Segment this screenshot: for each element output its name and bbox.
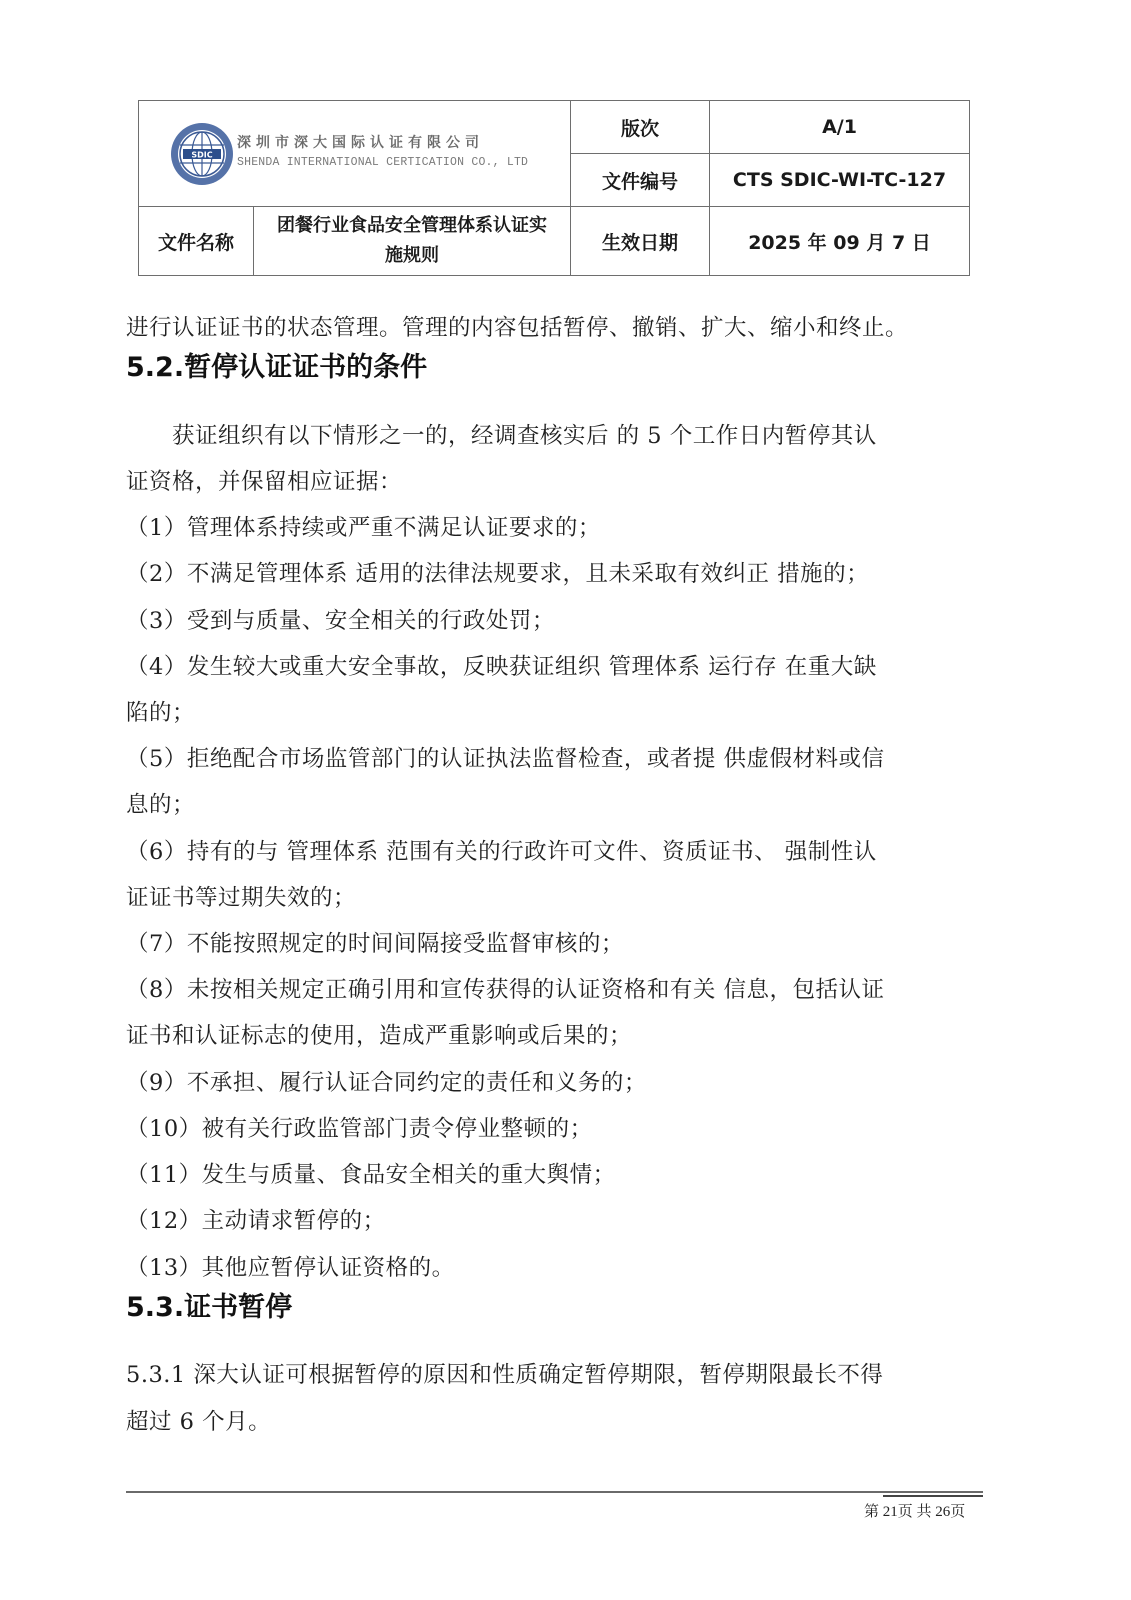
list-item: （4）发生较大或重大安全事故，反映获证组织 管理体系 运行存 在重大缺 bbox=[126, 649, 986, 681]
section-5-2-para-line1: 获证组织有以下情形之一的，经调查核实后 的 5 个工作日内暂停其认 bbox=[126, 418, 986, 450]
list-item-continued: 证书和认证标志的使用，造成严重影响或后果的； bbox=[126, 1018, 986, 1050]
section-5-3-heading: 5.3.证书暂停 bbox=[126, 1285, 292, 1324]
list-item: （8）未按相关规定正确引用和宣传获得的认证资格和有关 信息，包括认证 bbox=[126, 972, 986, 1004]
list-item: （11）发生与质量、食品安全相关的重大舆情； bbox=[126, 1157, 986, 1189]
list-item: （5）拒绝配合市场监管部门的认证执法监督检查，或者提 供虚假材料或信 bbox=[126, 741, 986, 773]
list-item: （12）主动请求暂停的； bbox=[126, 1203, 986, 1235]
page-number: 第 21页 共 26页 bbox=[864, 1500, 965, 1521]
list-item: （2）不满足管理体系 适用的法律法规要求，且未采取有效纠正 措施的； bbox=[126, 556, 986, 588]
section-5-3-para-line1: 5.3.1 深大认证可根据暂停的原因和性质确定暂停期限，暂停期限最长不得 bbox=[126, 1357, 986, 1389]
version-label: 版次 bbox=[571, 101, 710, 154]
doc-no-value: CTS SDIC-WI-TC-127 bbox=[710, 154, 970, 207]
sdic-logo-icon: SDIC bbox=[169, 121, 235, 187]
version-value: A/1 bbox=[710, 101, 970, 154]
list-item-continued: 证证书等过期失效的； bbox=[126, 880, 986, 912]
list-item: （3）受到与质量、安全相关的行政处罚； bbox=[126, 603, 986, 635]
footer-divider-short bbox=[883, 1495, 983, 1497]
company-name-en: SHENDA INTERNATIONAL CERTICATION CO., LT… bbox=[237, 156, 528, 169]
section-5-2-heading: 5.2.暂停认证证书的条件 bbox=[126, 345, 427, 384]
company-name-cn: 深圳市深大国际认证有限公司 bbox=[237, 132, 528, 152]
list-item: （6）持有的与 管理体系 范围有关的行政许可文件、资质证书、 强制性认 bbox=[126, 834, 986, 866]
section-5-2-para-line2: 证资格，并保留相应证据： bbox=[126, 464, 986, 496]
list-item: （7）不能按照规定的时间间隔接受监督审核的； bbox=[126, 926, 986, 958]
doc-name-line2: 施规则 bbox=[254, 241, 570, 271]
doc-name-value: 团餐行业食品安全管理体系认证实 施规则 bbox=[254, 207, 571, 276]
doc-name-label: 文件名称 bbox=[139, 207, 254, 276]
list-item: （1）管理体系持续或严重不满足认证要求的； bbox=[126, 510, 986, 542]
list-item-continued: 息的； bbox=[126, 787, 986, 819]
effective-date-label: 生效日期 bbox=[571, 207, 710, 276]
doc-no-label: 文件编号 bbox=[571, 154, 710, 207]
list-item: （9）不承担、履行认证合同约定的责任和义务的； bbox=[126, 1065, 986, 1097]
company-logo-cell: SDIC 深圳市深大国际认证有限公司 SHENDA INTERNATIONAL … bbox=[139, 101, 571, 207]
list-item: （10）被有关行政监管部门责令停业整顿的； bbox=[126, 1111, 986, 1143]
intro-paragraph: 进行认证证书的状态管理。管理的内容包括暂停、撤销、扩大、缩小和终止。 bbox=[126, 310, 986, 342]
document-header-table: SDIC 深圳市深大国际认证有限公司 SHENDA INTERNATIONAL … bbox=[138, 100, 970, 276]
footer-divider bbox=[126, 1491, 983, 1493]
section-5-3-para-line2: 超过 6 个月。 bbox=[126, 1404, 986, 1436]
list-item: （13）其他应暂停认证资格的。 bbox=[126, 1250, 986, 1282]
effective-date-value: 2025 年 09 月 7 日 bbox=[710, 207, 970, 276]
doc-name-line1: 团餐行业食品安全管理体系认证实 bbox=[254, 211, 570, 241]
list-item-continued: 陷的； bbox=[126, 695, 986, 727]
svg-text:SDIC: SDIC bbox=[191, 150, 212, 159]
